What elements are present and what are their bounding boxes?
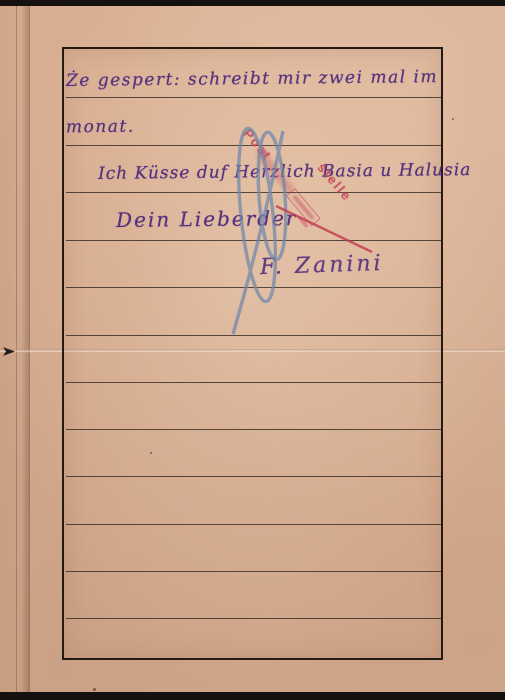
handwriting-signature: F. Zanini xyxy=(260,251,384,280)
rule-line xyxy=(66,382,441,383)
scan-edge-top xyxy=(0,0,505,6)
scan-edge-bottom xyxy=(0,692,505,700)
handwriting-line-1: Że gespert: schreibt mir zwei mal im xyxy=(66,67,438,91)
handwriting-line-4: Dein Lieberder xyxy=(116,206,298,232)
rule-line xyxy=(66,97,441,98)
paper-speck xyxy=(150,452,152,454)
rule-line xyxy=(66,476,441,477)
paper-speck xyxy=(452,118,454,120)
rule-line xyxy=(66,192,441,193)
paper-speck xyxy=(93,688,96,691)
rule-line xyxy=(66,429,441,430)
rule-line xyxy=(66,240,441,241)
rule-line xyxy=(66,618,441,619)
rule-line xyxy=(66,287,441,288)
scanned-letter-page: Że gespert: schreibt mir zwei mal im mon… xyxy=(0,0,505,700)
rule-line xyxy=(66,524,441,525)
handwriting-line-2: monat. xyxy=(66,117,135,138)
rule-line xyxy=(66,335,441,336)
rule-line xyxy=(66,571,441,572)
